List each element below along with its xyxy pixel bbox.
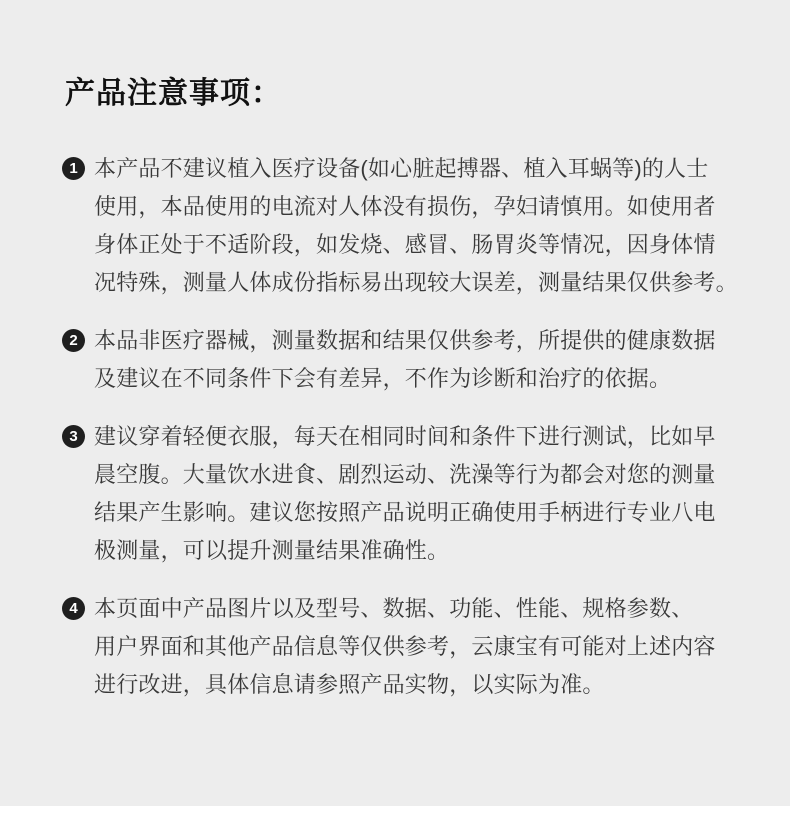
notice-number-badge: 2	[62, 329, 85, 352]
notice-text: 本产品不建议植入医疗设备(如心脏起搏器、植入耳蜗等)的人士 使用，本品使用的电流…	[94, 150, 738, 302]
notice-list: 1 本产品不建议植入医疗设备(如心脏起搏器、植入耳蜗等)的人士 使用，本品使用的…	[62, 150, 740, 704]
notice-item-3: 3 建议穿着轻便衣服，每天在相同时间和条件下进行测试，比如早 晨空腹。大量饮水进…	[62, 418, 740, 570]
notice-item-2: 2 本品非医疗器械，测量数据和结果仅供参考，所提供的健康数据 及建议在不同条件下…	[62, 322, 740, 398]
page-title: 产品注意事项：	[65, 78, 740, 110]
notice-text: 建议穿着轻便衣服，每天在相同时间和条件下进行测试，比如早 晨空腹。大量饮水进食、…	[94, 418, 716, 570]
product-notice-panel: 产品注意事项： 1 本产品不建议植入医疗设备(如心脏起搏器、植入耳蜗等)的人士 …	[0, 0, 790, 806]
notice-item-1: 1 本产品不建议植入医疗设备(如心脏起搏器、植入耳蜗等)的人士 使用，本品使用的…	[62, 150, 740, 302]
notice-text: 本页面中产品图片以及型号、数据、功能、性能、规格参数、 用户界面和其他产品信息等…	[94, 590, 716, 704]
notice-number-badge: 1	[62, 157, 85, 180]
notice-text: 本品非医疗器械，测量数据和结果仅供参考，所提供的健康数据 及建议在不同条件下会有…	[94, 322, 716, 398]
notice-item-4: 4 本页面中产品图片以及型号、数据、功能、性能、规格参数、 用户界面和其他产品信…	[62, 590, 740, 704]
notice-number-badge: 4	[62, 597, 85, 620]
notice-number-badge: 3	[62, 425, 85, 448]
